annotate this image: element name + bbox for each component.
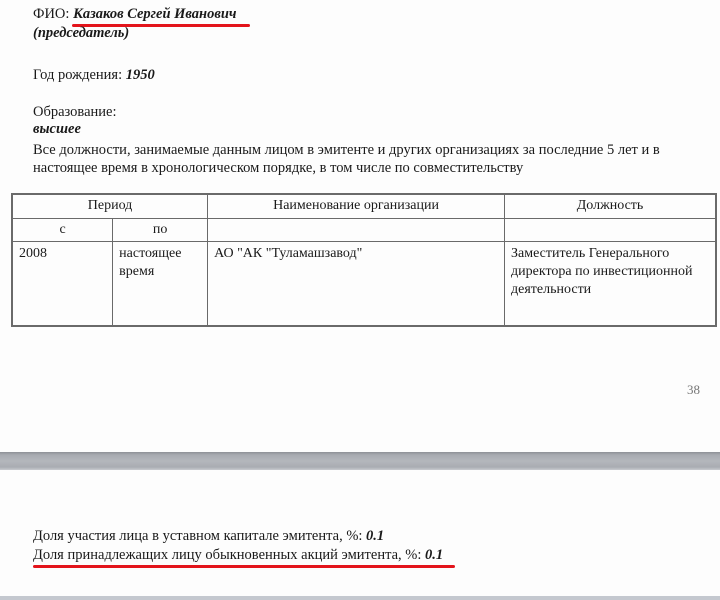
- role-text: (председатель): [33, 25, 129, 42]
- header-period: Период: [12, 194, 208, 218]
- page-separator: [0, 452, 720, 470]
- page-number: 38: [687, 382, 700, 398]
- positions-intro-line1: Все должности, занимаемые данным лицом в…: [33, 142, 660, 159]
- birth-label: Год рождения:: [33, 67, 122, 83]
- subheader-empty-position: [505, 218, 716, 241]
- birth-line: Год рождения: 1950: [33, 67, 155, 84]
- shares-red-underline: [33, 565, 455, 568]
- share-capital-label: Доля участия лица в уставном капитале эм…: [33, 528, 362, 544]
- table-subheader-row: с по: [12, 218, 716, 241]
- subheader-to: по: [113, 218, 208, 241]
- document-page-38: ФИО: Казаков Сергей Иванович (председате…: [0, 0, 720, 452]
- fio-label: ФИО:: [33, 6, 69, 22]
- subheader-from: с: [12, 218, 113, 241]
- education-label: Образование:: [33, 104, 117, 121]
- table-header-row: Период Наименование организации Должност…: [12, 194, 716, 218]
- page-bottom-edge: [0, 596, 720, 600]
- cell-to: настоящее время: [113, 241, 208, 326]
- header-position: Должность: [505, 194, 716, 218]
- education-value: высшее: [33, 121, 81, 138]
- birth-value: 1950: [126, 67, 155, 83]
- share-capital-line: Доля участия лица в уставном капитале эм…: [33, 528, 384, 545]
- cell-from: 2008: [12, 241, 113, 326]
- fio-line: ФИО: Казаков Сергей Иванович: [33, 6, 237, 23]
- subheader-empty-org: [208, 218, 505, 241]
- ordinary-shares-value: 0.1: [425, 547, 443, 563]
- positions-intro-line2: настоящее время в хронологическом порядк…: [33, 160, 523, 177]
- ordinary-shares-line: Доля принадлежащих лицу обыкновенных акц…: [33, 547, 443, 564]
- cell-organization: АО "АК "Туламашзавод": [208, 241, 505, 326]
- ordinary-shares-label: Доля принадлежащих лицу обыкновенных акц…: [33, 547, 421, 563]
- fio-value: Казаков Сергей Иванович: [73, 6, 236, 22]
- share-capital-value: 0.1: [366, 528, 384, 544]
- table-row: 2008 настоящее время АО "АК "Туламашзаво…: [12, 241, 716, 326]
- cell-position: Заместитель Генерального директора по ин…: [505, 241, 716, 326]
- header-organization: Наименование организации: [208, 194, 505, 218]
- document-page-39: Доля участия лица в уставном капитале эм…: [0, 470, 720, 600]
- positions-table: Период Наименование организации Должност…: [11, 193, 717, 327]
